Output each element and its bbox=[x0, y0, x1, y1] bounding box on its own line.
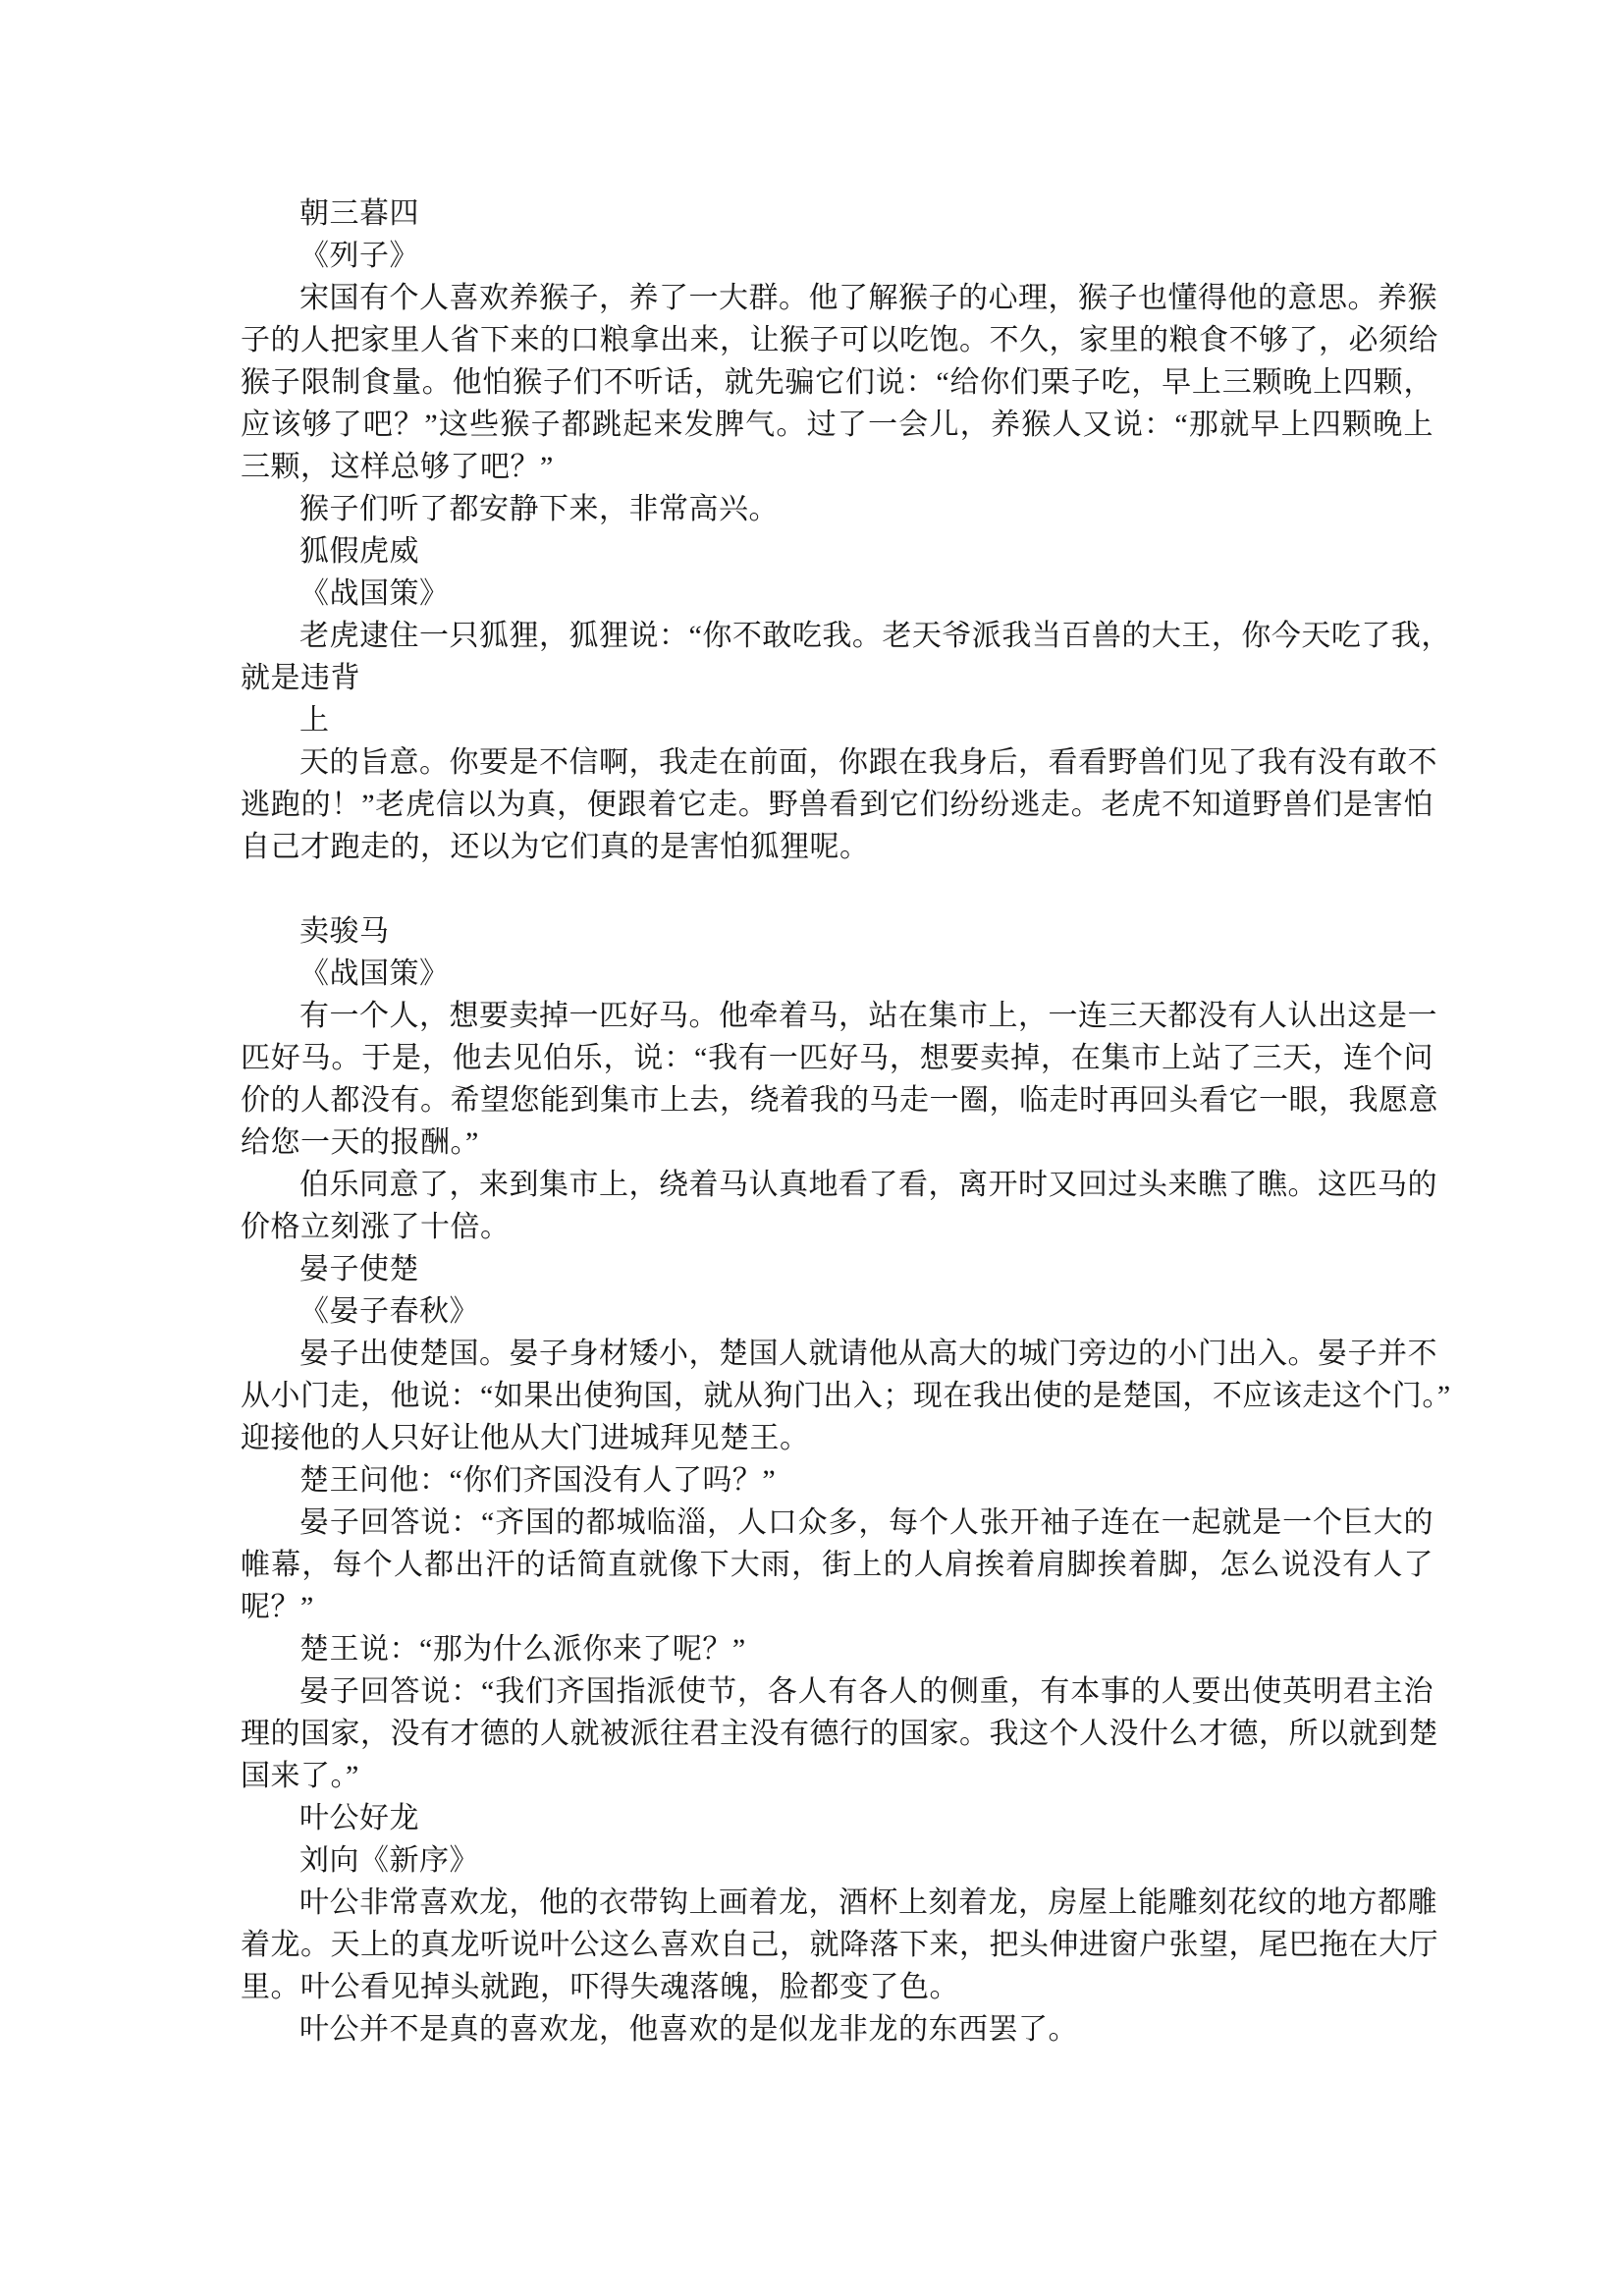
text-line: 应该够了吧？”这些猴子都跳起来发脾气。过了一会儿，养猴人又说：“那就早上四颗晚上 bbox=[241, 404, 1434, 446]
text-line: 老虎逮住一只狐狸，狐狸说：“你不敢吃我。老天爷派我当百兽的大王，你今天吃了我， bbox=[241, 615, 1434, 657]
text-line: 里。叶公看见掉头就跑，吓得失魂落魄，脸都变了色。 bbox=[241, 1966, 1434, 2008]
text-line: 宋国有个人喜欢养猴子，养了一大群。他了解猴子的心理，猴子也懂得他的意思。养猴 bbox=[241, 277, 1434, 319]
text-line: 迎接他的人只好让他从大门进城拜见楚王。 bbox=[241, 1417, 1434, 1459]
story-source: 《战国策》 bbox=[241, 573, 1434, 615]
text-line: 晏子回答说：“我们齐国指派使节，各人有各人的侧重，有本事的人要出使英明君主治 bbox=[241, 1670, 1434, 1713]
story-section: 朝三暮四《列子》宋国有个人喜欢养猴子，养了一大群。他了解猴子的心理，猴子也懂得他… bbox=[241, 192, 1434, 530]
story-section: 叶公好龙刘向《新序》叶公非常喜欢龙，他的衣带钩上画着龙，酒杯上刻着龙，房屋上能雕… bbox=[241, 1797, 1434, 2050]
text-line: 着龙。天上的真龙听说叶公这么喜欢自己，就降落下来，把头伸进窗户张望，尾巴拖在大厅 bbox=[241, 1924, 1434, 1966]
document-page: 朝三暮四《列子》宋国有个人喜欢养猴子，养了一大群。他了解猴子的心理，猴子也懂得他… bbox=[0, 0, 1623, 2296]
story-source: 《战国策》 bbox=[241, 953, 1434, 995]
text-line: 伯乐同意了，来到集市上，绕着马认真地看了看，离开时又回过头来瞧了瞧。这匹马的 bbox=[241, 1164, 1434, 1206]
document-content: 朝三暮四《列子》宋国有个人喜欢养猴子，养了一大群。他了解猴子的心理，猴子也懂得他… bbox=[241, 192, 1434, 2050]
text-line: 楚王说：“那为什么派你来了呢？” bbox=[241, 1628, 1434, 1670]
story-source: 《晏子春秋》 bbox=[241, 1290, 1434, 1333]
text-line: 价格立刻涨了十倍。 bbox=[241, 1206, 1434, 1248]
story-title: 卖骏马 bbox=[241, 910, 1434, 953]
story-section: 狐假虎威《战国策》老虎逮住一只狐狸，狐狸说：“你不敢吃我。老天爷派我当百兽的大王… bbox=[241, 530, 1434, 868]
story-title: 朝三暮四 bbox=[241, 192, 1434, 235]
story-section: 卖骏马《战国策》有一个人，想要卖掉一匹好马。他牵着马，站在集市上，一连三天都没有… bbox=[241, 910, 1434, 1248]
text-line: 呢？” bbox=[241, 1586, 1434, 1628]
text-line: 价的人都没有。希望您能到集市上去，绕着我的马走一圈，临走时再回头看它一眼，我愿意 bbox=[241, 1079, 1434, 1121]
text-line: 就是违背 bbox=[241, 657, 1434, 699]
text-line: 子的人把家里人省下来的口粮拿出来，让猴子可以吃饱。不久，家里的粮食不够了，必须给 bbox=[241, 319, 1434, 361]
text-line: 给您一天的报酬。” bbox=[241, 1121, 1434, 1164]
text-line: 晏子出使楚国。晏子身材矮小，楚国人就请他从高大的城门旁边的小门出入。晏子并不 bbox=[241, 1333, 1434, 1375]
text-line: 匹好马。于是，他去见伯乐，说：“我有一匹好马，想要卖掉，在集市上站了三天，连个问 bbox=[241, 1037, 1434, 1079]
text-line: 叶公并不是真的喜欢龙，他喜欢的是似龙非龙的东西罢了。 bbox=[241, 2008, 1434, 2050]
text-line: 上 bbox=[241, 699, 1434, 741]
text-line: 帷幕，每个人都出汗的话简直就像下大雨，街上的人肩挨着肩脚挨着脚，怎么说没有人了 bbox=[241, 1544, 1434, 1586]
text-line: 逃跑的！”老虎信以为真，便跟着它走。野兽看到它们纷纷逃走。老虎不知道野兽们是害怕 bbox=[241, 784, 1434, 826]
text-line: 从小门走，他说：“如果出使狗国，就从狗门出入；现在我出使的是楚国，不应该走这个门… bbox=[241, 1375, 1434, 1417]
text-line: 天的旨意。你要是不信啊，我走在前面，你跟在我身后，看看野兽们见了我有没有敢不 bbox=[241, 741, 1434, 784]
text-line: 国来了。” bbox=[241, 1755, 1434, 1797]
story-title: 狐假虎威 bbox=[241, 530, 1434, 573]
text-line: 三颗，这样总够了吧？” bbox=[241, 446, 1434, 488]
story-source: 《列子》 bbox=[241, 235, 1434, 277]
story-title: 晏子使楚 bbox=[241, 1248, 1434, 1290]
text-line: 楚王问他：“你们齐国没有人了吗？” bbox=[241, 1459, 1434, 1502]
text-line: 有一个人，想要卖掉一匹好马。他牵着马，站在集市上，一连三天都没有人认出这是一 bbox=[241, 995, 1434, 1037]
story-title: 叶公好龙 bbox=[241, 1797, 1434, 1839]
text-line: 叶公非常喜欢龙，他的衣带钩上画着龙，酒杯上刻着龙，房屋上能雕刻花纹的地方都雕 bbox=[241, 1882, 1434, 1924]
text-line: 自己才跑走的，还以为它们真的是害怕狐狸呢。 bbox=[241, 826, 1434, 868]
text-line: 理的国家，没有才德的人就被派往君主没有德行的国家。我这个人没什么才德，所以就到楚 bbox=[241, 1713, 1434, 1755]
text-line: 晏子回答说：“齐国的都城临淄，人口众多，每个人张开袖子连在一起就是一个巨大的 bbox=[241, 1502, 1434, 1544]
story-source: 刘向《新序》 bbox=[241, 1839, 1434, 1882]
text-line: 猴子们听了都安静下来，非常高兴。 bbox=[241, 488, 1434, 530]
text-line: 猴子限制食量。他怕猴子们不听话，就先骗它们说：“给你们栗子吃，早上三颗晚上四颗， bbox=[241, 361, 1434, 404]
story-section: 晏子使楚《晏子春秋》晏子出使楚国。晏子身材矮小，楚国人就请他从高大的城门旁边的小… bbox=[241, 1248, 1434, 1797]
